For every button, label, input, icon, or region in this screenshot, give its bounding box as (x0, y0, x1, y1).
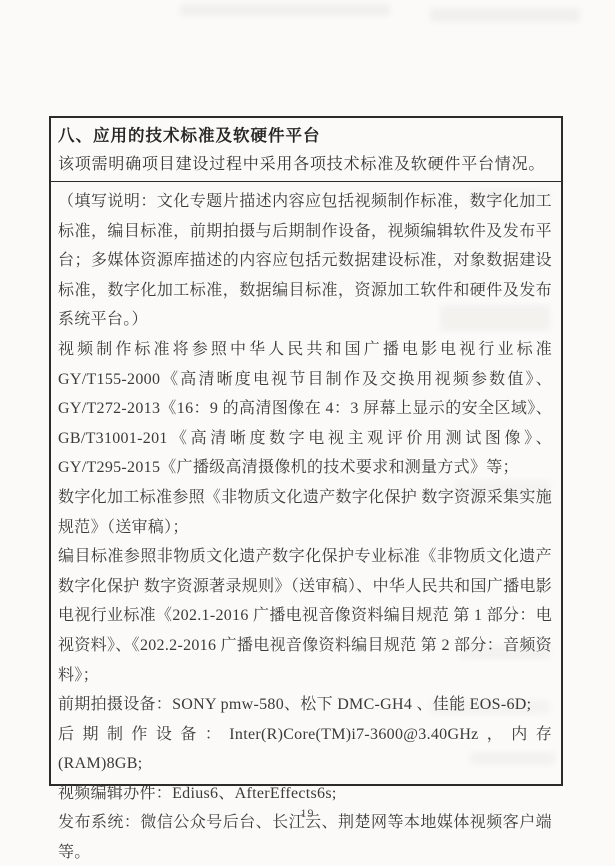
fill-instructions-paragraph: （填写说明：文化专题片描述内容应包括视频制作标准，数字化加工标准，编目标准，前期… (58, 187, 552, 335)
scan-artifact (430, 8, 580, 22)
shooting-equipment-line: 前期拍摄设备：SONY pmw-580、松下 DMC-GH4 、佳能 EOS-6… (58, 690, 552, 720)
scan-artifact (180, 4, 390, 16)
section-subtitle: 该项需明确项目建设过程中采用各项技术标准及软硬件平台情况。 (58, 150, 553, 179)
section-title: 八、应用的技术标准及软硬件平台 (58, 121, 553, 150)
video-editing-software-line: 视频编辑办件：Edius6、AfterEffects6s; (58, 779, 552, 809)
document-page: 八、应用的技术标准及软硬件平台 该项需明确项目建设过程中采用各项技术标准及软硬件… (0, 0, 615, 866)
digitization-standards-paragraph: 数字化加工标准参照《非物质文化遗产数字化保护 数字资源采集实施规范》（送审稿）； (58, 483, 552, 542)
video-production-standards-paragraph: 视频制作标准将参照中华人民共和国广播电影电视行业标准 GY/T155-2000《… (58, 335, 552, 483)
table-header-cell: 八、应用的技术标准及软硬件平台 该项需明确项目建设过程中采用各项技术标准及软硬件… (51, 118, 561, 182)
cataloging-standards-paragraph: 编目标准参照非物质文化遗产数字化保护专业标准《非物质文化遗产数字化保护 数字资源… (58, 542, 552, 690)
page-number: 19 (0, 806, 615, 821)
standards-table: 八、应用的技术标准及软硬件平台 该项需明确项目建设过程中采用各项技术标准及软硬件… (49, 116, 563, 786)
table-body-cell: （填写说明：文化专题片描述内容应包括视频制作标准，数字化加工标准，编目标准，前期… (51, 182, 561, 866)
post-production-equipment-line: 后期制作设备：Inter(R)Core(TM)i7-3600@3.40GHz，内… (58, 720, 552, 779)
